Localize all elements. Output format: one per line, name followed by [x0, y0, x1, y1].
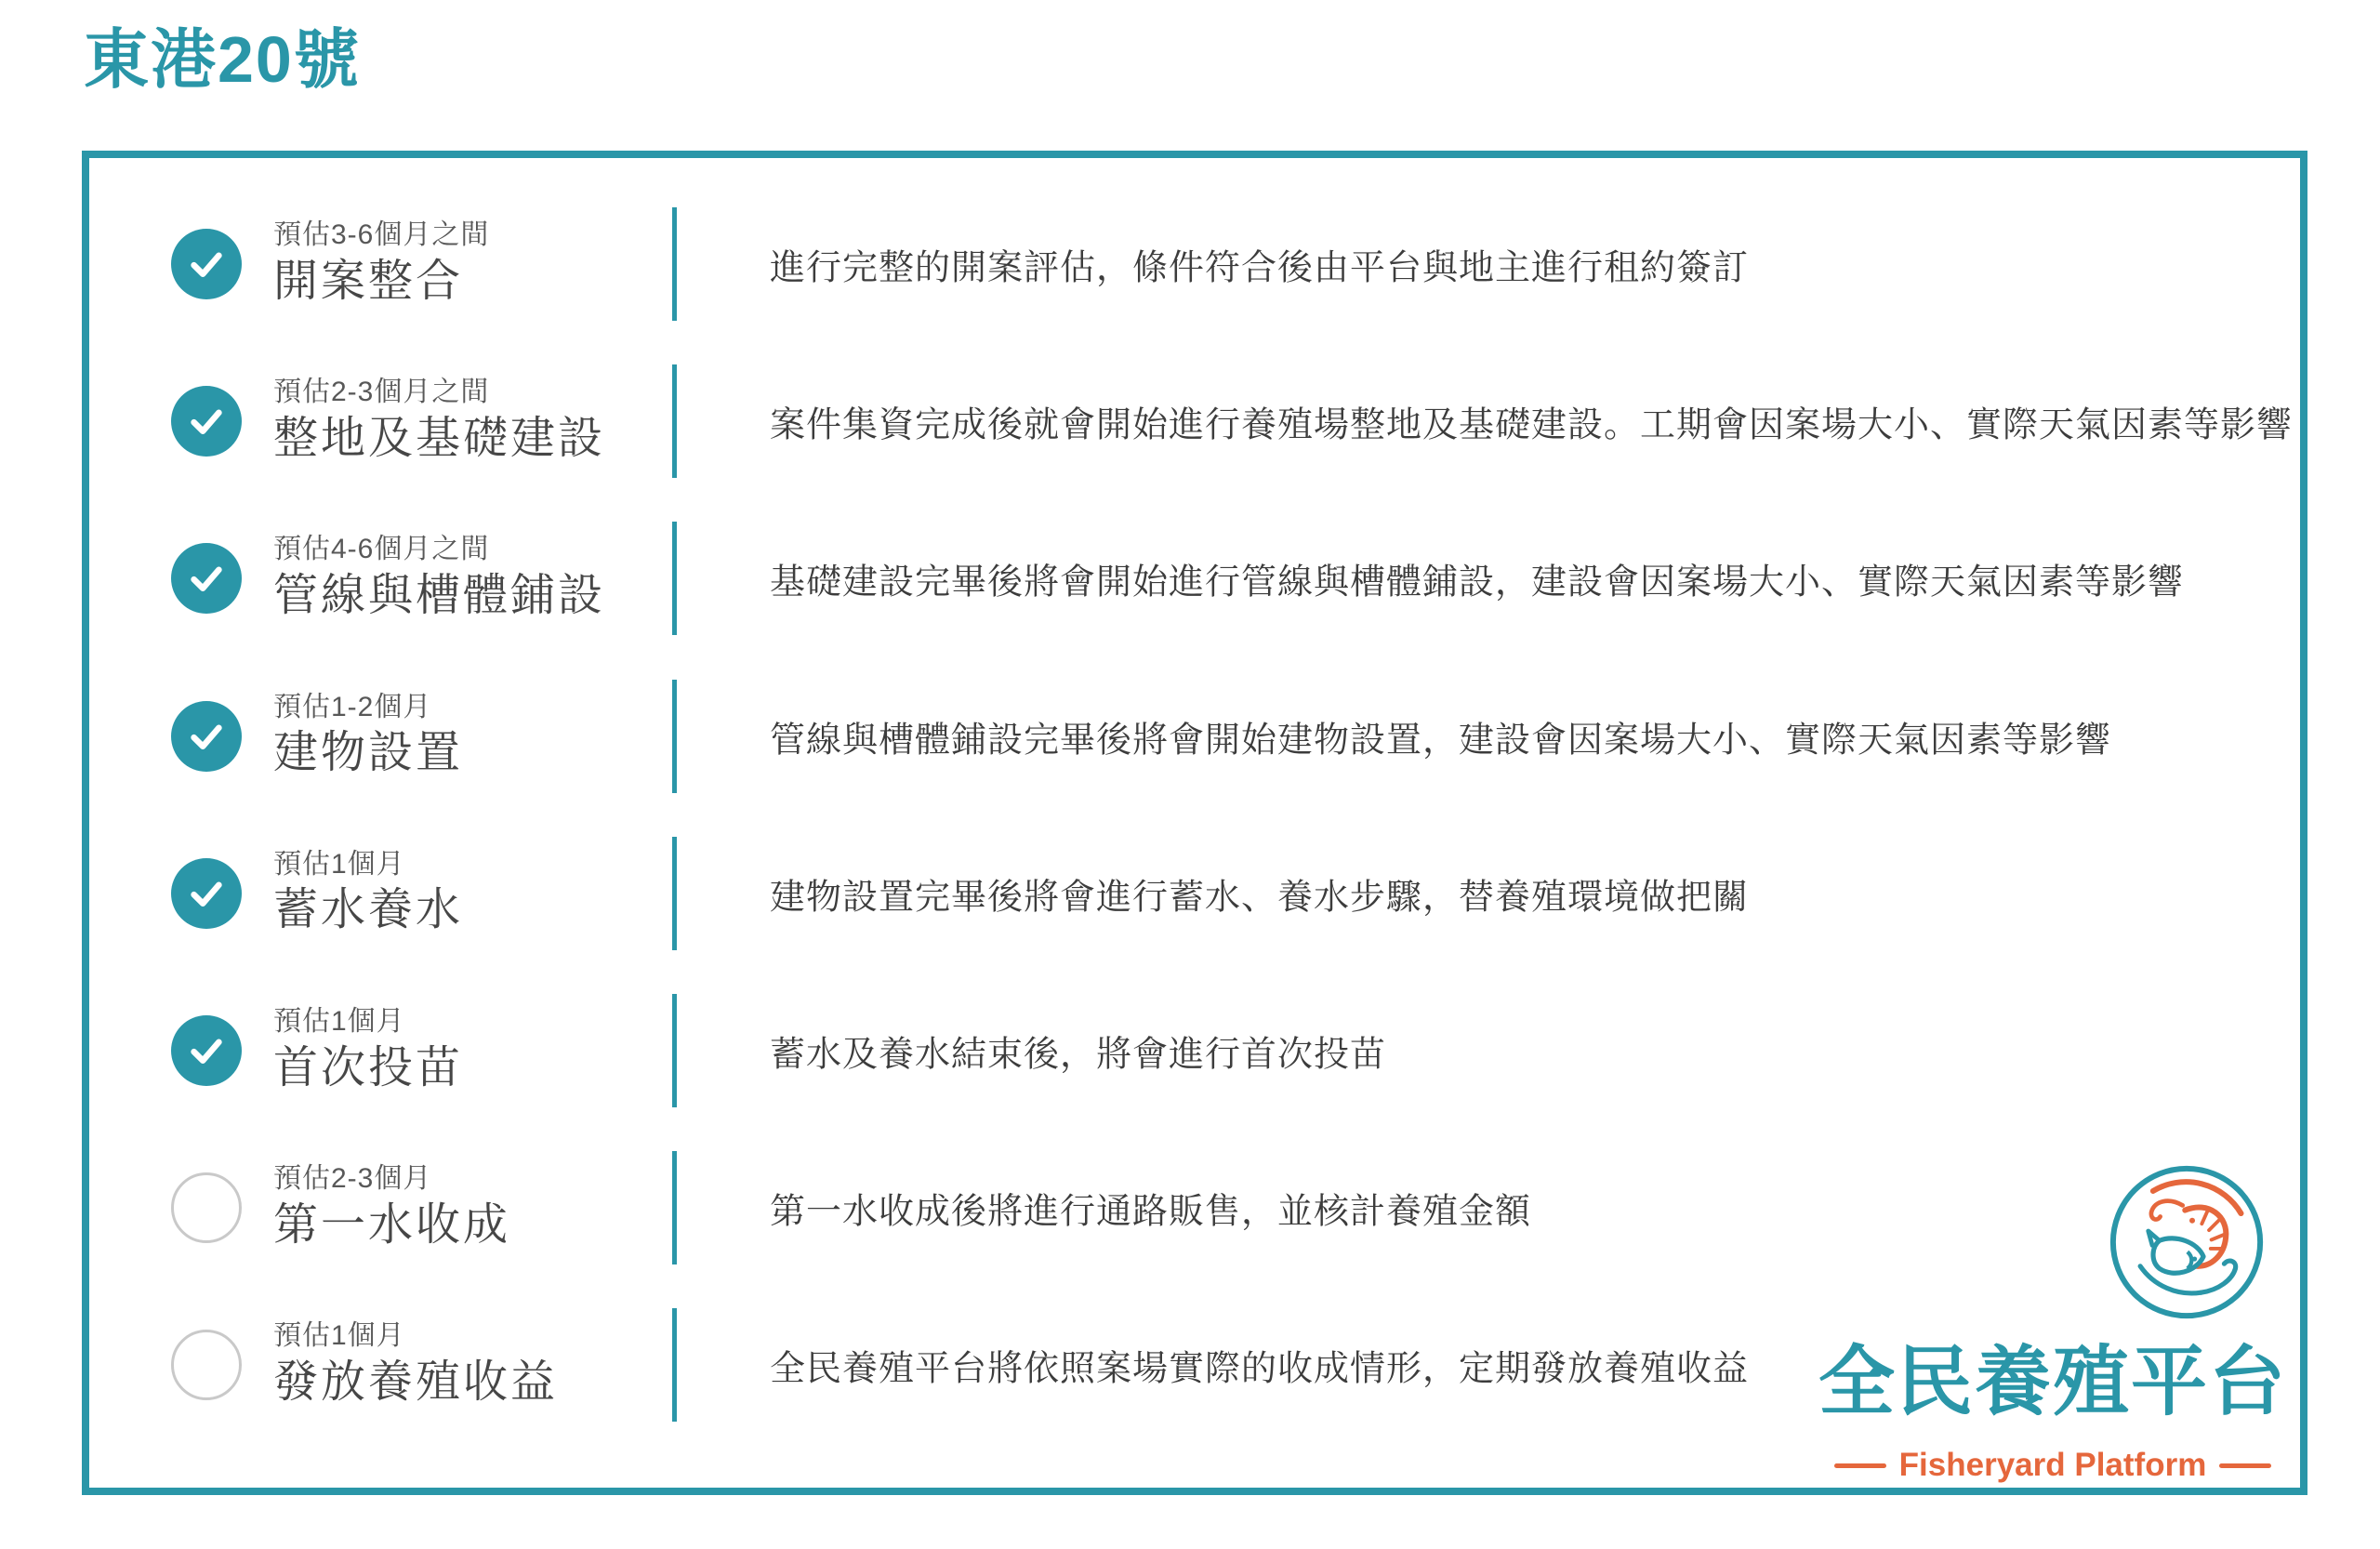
checkmark-icon	[185, 872, 228, 915]
brand-subtitle: Fisheryard Platform	[1899, 1447, 2207, 1484]
timeline-step: 預估1個月 發放養殖收益 全民養殖平台將依照案場實際的收成情形，定期發放養殖收益	[89, 1286, 2300, 1444]
right-dash	[2219, 1463, 2271, 1468]
step-status-icon	[171, 858, 242, 929]
step-name: 發放養殖收益	[273, 1354, 664, 1411]
step-description: 基礎建設完畢後將會開始進行管線與槽體鋪設，建設會因案場大小、實際天氣因素等影響	[770, 553, 2263, 604]
step-duration: 預估4-6個月之間	[273, 532, 664, 567]
step-text-block: 預估1-2個月 建物設置	[273, 690, 664, 783]
step-description: 第一水收成後將進行通路販售，並核計養殖金額	[770, 1183, 2263, 1234]
step-duration: 預估1-2個月	[273, 690, 664, 725]
step-divider	[672, 1308, 677, 1422]
step-divider	[672, 837, 677, 950]
step-text-block: 預估1個月 發放養殖收益	[273, 1318, 664, 1411]
step-text-block: 預估1個月 蓄水養水	[273, 847, 664, 940]
step-text-block: 預估1個月 首次投苗	[273, 1004, 664, 1097]
step-text-block: 預估3-6個月之間 開案整合	[273, 218, 664, 311]
checkmark-icon	[185, 400, 228, 443]
brand-subtitle-row: Fisheryard Platform	[1817, 1447, 2289, 1484]
step-description: 建物設置完畢後將會進行蓄水、養水步驟，替養殖環境做把關	[770, 867, 2263, 919]
step-duration: 預估3-6個月之間	[273, 218, 664, 253]
step-status-icon	[171, 543, 242, 614]
step-duration: 預估2-3個月之間	[273, 375, 664, 410]
step-status-icon	[171, 1172, 242, 1243]
step-description: 案件集資完成後就會開始進行養殖場整地及基礎建設。工期會因案場大小、實際天氣因素等…	[770, 396, 2263, 447]
checkmark-icon	[185, 1029, 228, 1072]
step-description: 全民養殖平台將依照案場實際的收成情形，定期發放養殖收益	[770, 1340, 2263, 1391]
step-status-icon	[171, 386, 242, 457]
step-description: 蓄水及養水結束後，將會進行首次投苗	[770, 1026, 2263, 1077]
step-duration: 預估1個月	[273, 847, 664, 882]
timeline-step: 預估2-3個月 第一水收成 第一水收成後將進行通路販售，並核計養殖金額	[89, 1129, 2300, 1287]
step-duration: 預估1個月	[273, 1318, 664, 1354]
timeline-step: 預估1-2個月 建物設置 管線與槽體鋪設完畢後將會開始建物設置，建設會因案場大小…	[89, 657, 2300, 815]
step-divider	[672, 207, 677, 321]
step-name: 第一水收成	[273, 1197, 664, 1254]
step-name: 蓄水養水	[273, 881, 664, 939]
step-text-block: 預估2-3個月 第一水收成	[273, 1161, 664, 1254]
step-divider	[672, 364, 677, 478]
timeline-step: 預估2-3個月之間 整地及基礎建設 案件集資完成後就會開始進行養殖場整地及基礎建…	[89, 342, 2300, 500]
step-status-icon	[171, 229, 242, 299]
step-name: 首次投苗	[273, 1039, 664, 1097]
timeline-step: 預估3-6個月之間 開案整合 進行完整的開案評估，條件符合後由平台與地主進行租約…	[89, 185, 2300, 343]
step-duration: 預估2-3個月	[273, 1161, 664, 1197]
step-divider	[672, 1151, 677, 1264]
step-divider	[672, 994, 677, 1107]
timeline-step: 預估1個月 首次投苗 蓄水及養水結束後，將會進行首次投苗	[89, 972, 2300, 1130]
step-status-icon	[171, 1015, 242, 1086]
step-name: 管線與槽體鋪設	[273, 567, 664, 625]
step-description: 進行完整的開案評估，條件符合後由平台與地主進行租約簽訂	[770, 239, 2263, 290]
step-description: 管線與槽體鋪設完畢後將會開始建物設置，建設會因案場大小、實際天氣因素等影響	[770, 710, 2263, 761]
infographic-page: 東港20號	[0, 0, 2380, 1549]
step-text-block: 預估2-3個月之間 整地及基礎建設	[273, 375, 664, 468]
timeline-step: 預估4-6個月之間 管線與槽體鋪設 基礎建設完畢後將會開始進行管線與槽體鋪設，建…	[89, 499, 2300, 657]
step-divider	[672, 680, 677, 793]
step-name: 建物設置	[273, 724, 664, 782]
left-dash	[1834, 1463, 1886, 1468]
step-divider	[672, 522, 677, 635]
step-status-icon	[171, 1330, 242, 1400]
checkmark-icon	[185, 243, 228, 285]
page-title: 東港20號	[84, 7, 361, 101]
step-name: 整地及基礎建設	[273, 410, 664, 468]
step-status-icon	[171, 701, 242, 772]
step-text-block: 預估4-6個月之間 管線與槽體鋪設	[273, 532, 664, 625]
checkmark-icon	[185, 715, 228, 758]
step-duration: 預估1個月	[273, 1004, 664, 1039]
checkmark-icon	[185, 557, 228, 600]
step-name: 開案整合	[273, 253, 664, 311]
timeline-step: 預估1個月 蓄水養水 建物設置完畢後將會進行蓄水、養水步驟，替養殖環境做把關	[89, 814, 2300, 973]
timeline-panel: 全民養殖平台 Fisheryard Platform 預估3-6個月之間 開案整…	[82, 151, 2307, 1495]
